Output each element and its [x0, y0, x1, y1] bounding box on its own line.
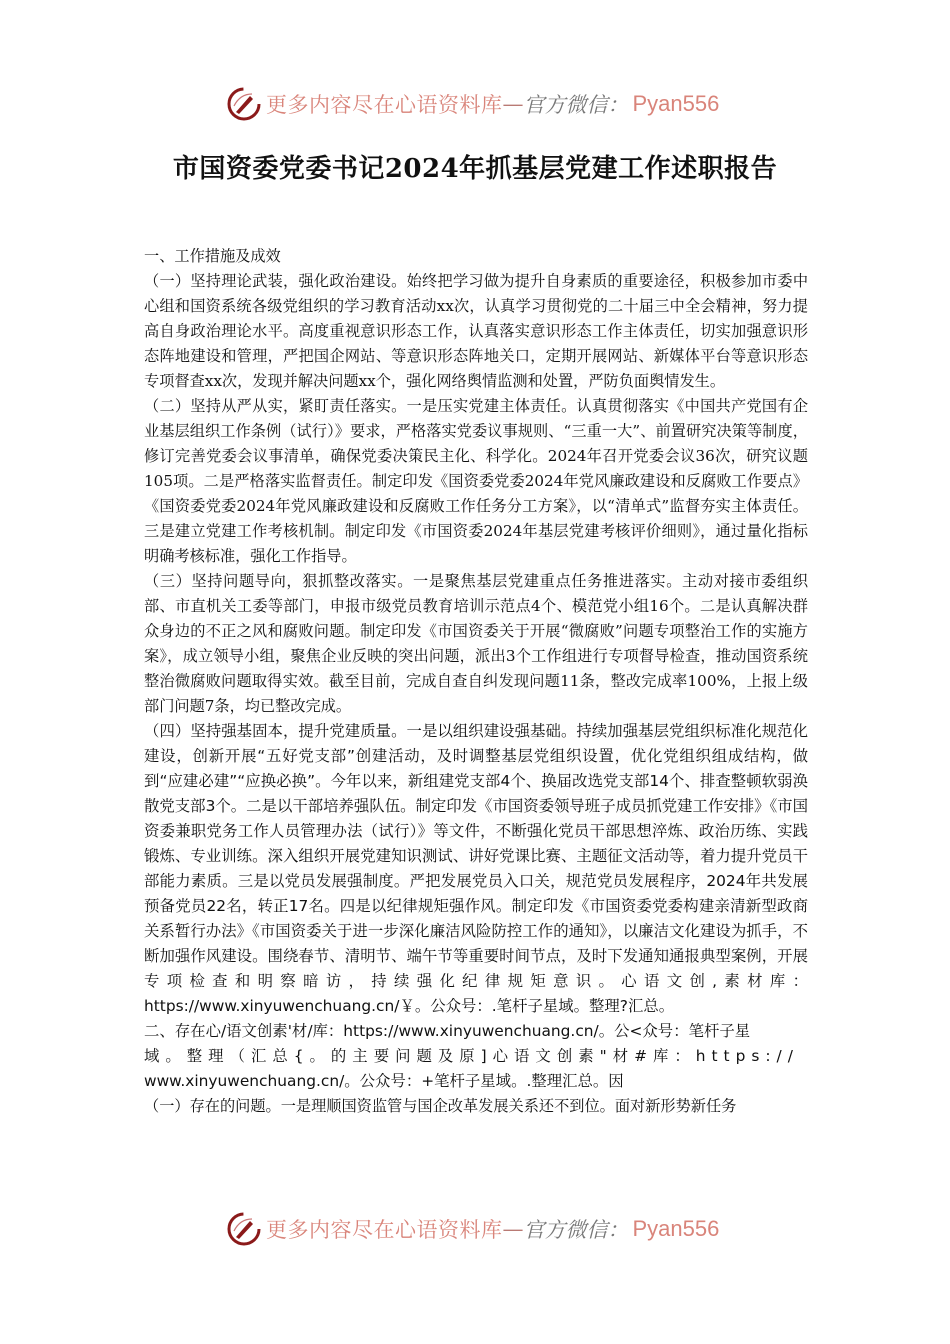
header-watermark-banner: 更多内容尽在心语资料库 — 官方微信： Pyan556: [226, 82, 726, 126]
banner-wechat-label: 官方微信：: [524, 1214, 629, 1244]
banner-text: 更多内容尽在心语资料库: [266, 89, 503, 119]
banner-text: 更多内容尽在心语资料库: [266, 1214, 503, 1244]
banner-dash: —: [503, 1217, 524, 1241]
paragraph-3: （三）坚持问题导向，狠抓整改落实。一是聚焦基层党建重点任务推进落实。主动对接市委…: [144, 569, 808, 719]
paragraph-4: （四）坚持强基固本，提升党建质量。一是以组织建设强基础。持续加强基层党组织标准化…: [144, 719, 808, 1019]
paragraph-5: （一）存在的问题。一是理顺国资监管与国企改革发展关系还不到位。面对新形势新任务: [144, 1094, 808, 1119]
paragraph-1: （一）坚持理论武装，强化政治建设。始终把学习做为提升自身素质的重要途径，积极参加…: [144, 269, 808, 394]
document-body: 一、工作措施及成效 （一）坚持理论武装，强化政治建设。始终把学习做为提升自身素质…: [144, 244, 808, 1119]
section-heading-2-line-1: 二、存在心/语文创素'材/库：https://www.xinyuwenchuan…: [144, 1019, 808, 1044]
banner-wechat-label: 官方微信：: [524, 89, 629, 119]
quill-pen-logo-icon: [226, 1211, 262, 1247]
section-heading-2-line-3: www.xinyuwenchuang.cn/。公众号：+笔杆子星域。.整理汇总。…: [144, 1069, 808, 1094]
section-heading-1: 一、工作措施及成效: [144, 244, 808, 269]
document-page: 更多内容尽在心语资料库 — 官方微信： Pyan556 市国资委党委书记2024…: [0, 0, 950, 1344]
banner-wechat-id: Pyan556: [633, 1216, 720, 1242]
quill-pen-logo-icon: [226, 86, 262, 122]
footer-watermark-banner: 更多内容尽在心语资料库 — 官方微信： Pyan556: [226, 1207, 726, 1251]
document-title: 市国资委党委书记2024年抓基层党建工作述职报告: [0, 148, 950, 185]
section-heading-2-line-2: 域。整理（汇总{。的主要问题及原]心语文创素"材#库：https://: [144, 1044, 808, 1069]
banner-wechat-id: Pyan556: [633, 91, 720, 117]
paragraph-2: （二）坚持从严从实，紧盯责任落实。一是压实党建主体责任。认真贯彻落实《中国共产党…: [144, 394, 808, 569]
banner-dash: —: [503, 92, 524, 116]
